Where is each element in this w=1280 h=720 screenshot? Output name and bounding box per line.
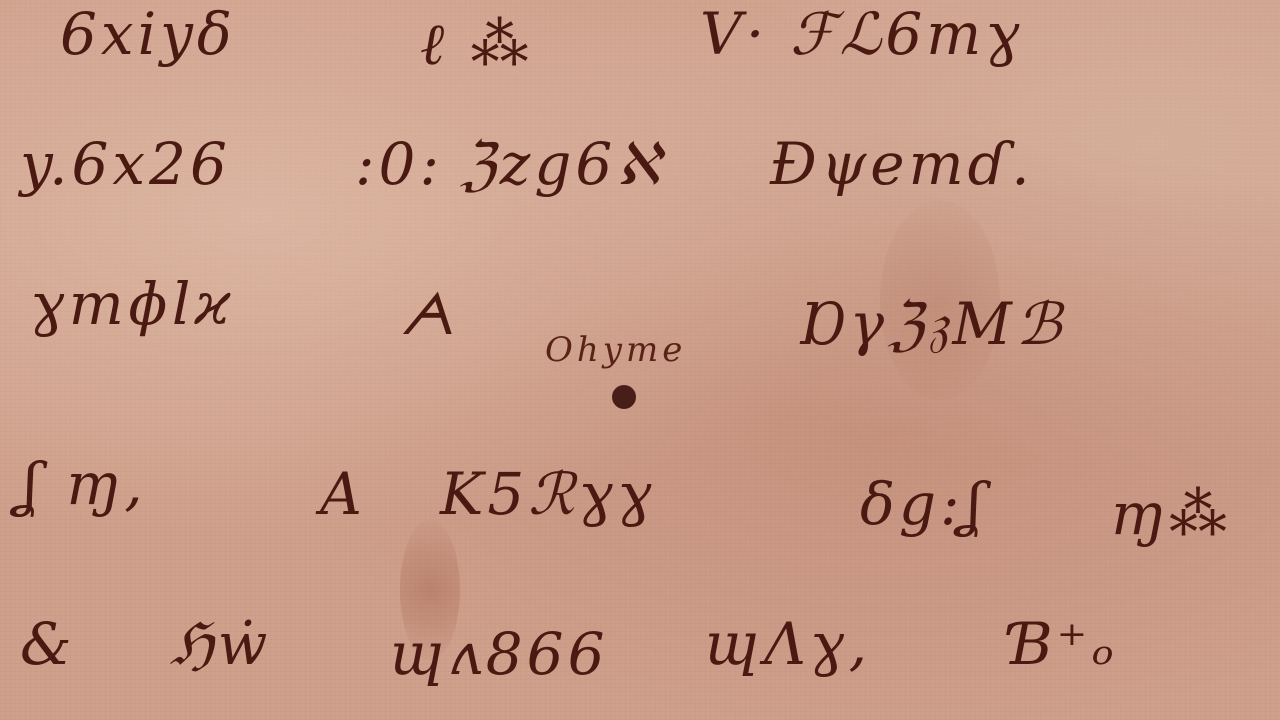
cipher-word: Ɒγℨ𝔷Mℬ [800,290,1065,359]
plaintext-word: Ohyme [545,330,686,370]
cipher-word: ℌẇ [170,610,271,678]
cipher-word: & [20,610,76,678]
cipher-word: ɣmɸlϰ [30,270,235,338]
cipher-word: ℓ ⁂ [420,10,533,78]
cipher-word: ɰʌ866 [390,620,608,688]
ink-dot [612,385,636,409]
cipher-word: 6xiyδ [60,0,236,68]
cipher-word: ᗅ [400,280,459,349]
cipher-word: ɰɅɣ, [705,610,871,678]
cipher-word: ℱℒ6mɣ [790,0,1024,68]
cipher-word: V· [700,0,768,68]
cipher-word: Ɓ⁺ₒ [1010,610,1118,678]
cipher-word: ℨzg6ℵ [460,130,664,198]
cipher-word: :0: [355,130,443,198]
cipher-word: ɱ⁂ [1110,480,1231,548]
cipher-word: ʆ ɱ, [20,450,147,518]
cipher-word: Ɖψemɗ. [770,130,1034,198]
cipher-word: A [320,460,366,528]
manuscript-photo: 6xiyδℓ ⁂V·ℱℒ6mɣy.6x26:0:ℨzg6ℵƉψemɗ.ɣmɸlϰ… [0,0,1280,720]
cipher-word: δg:ʆ [860,470,986,538]
cipher-word: K5ℛɣɣ [440,460,656,528]
cipher-word: y.6x26 [20,130,231,198]
